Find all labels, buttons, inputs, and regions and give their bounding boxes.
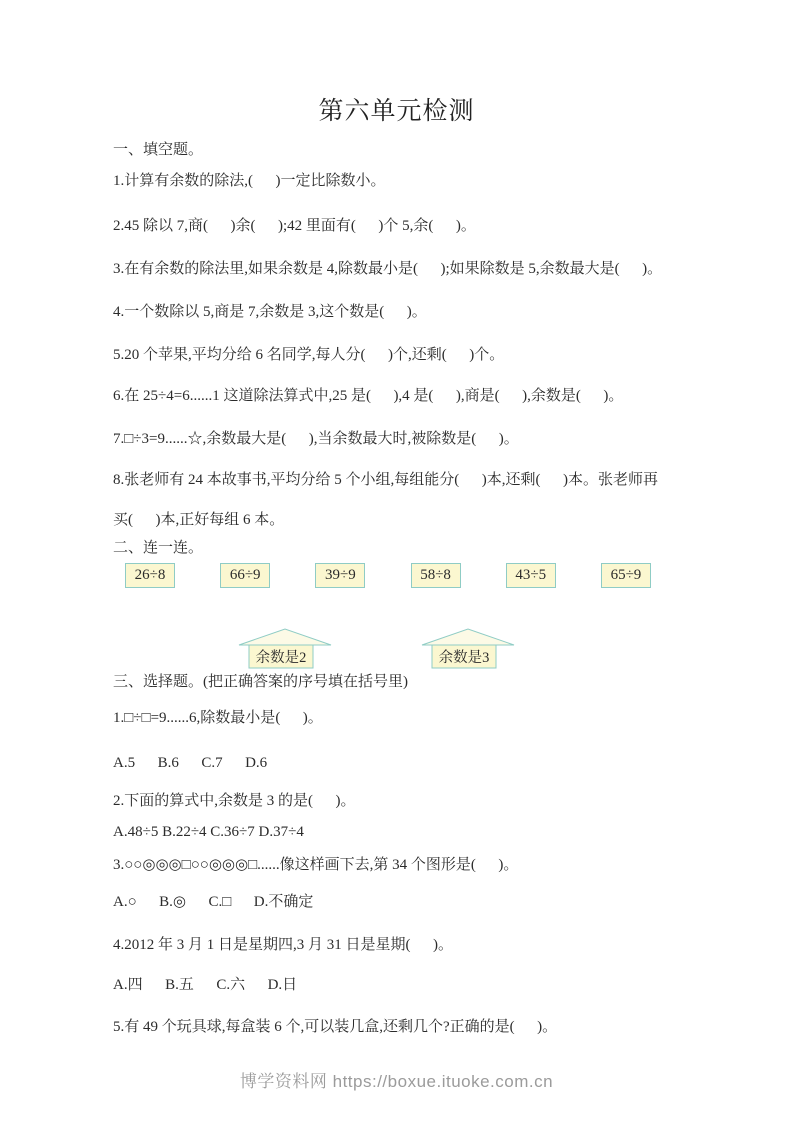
watermark-footer: 博学资料网 https://boxue.ituoke.com.cn xyxy=(0,1067,793,1092)
fill-question-7: 7.□÷3=9......☆,余数最大是( ),当余数最大时,被除数是( )。 xyxy=(113,429,753,450)
fill-question-8-line-2: 买( )本,正好每组 6 本。 xyxy=(113,510,753,531)
page-title: 第六单元检测 xyxy=(40,96,753,128)
match-box-1: 26÷8 xyxy=(125,563,175,588)
remainder-3-label: 余数是3 xyxy=(439,649,490,666)
fill-question-4: 4.一个数除以 5,商是 7,余数是 3,这个数是( )。 xyxy=(113,302,753,323)
choice-question-3: 3.○○◎◎◎□○○◎◎◎□......像这样画下去,第 34 个图形是( )。 xyxy=(113,855,753,876)
section-3-heading: 三、选择题。(把正确答案的序号填在括号里) xyxy=(113,672,753,693)
match-box-4: 58÷8 xyxy=(411,563,461,588)
match-target-zone: 余数是2 余数是3 xyxy=(113,588,753,672)
roof-shape-icon: 余数是2 xyxy=(237,626,333,672)
fill-question-3: 3.在有余数的除法里,如果余数是 4,除数最小是( );如果除数是 5,余数最大… xyxy=(113,259,753,280)
choice-question-3-options: A.○ B.◎ C.□ D.不确定 xyxy=(113,892,753,913)
fill-question-2: 2.45 除以 7,商( )余( );42 里面有( )个 5,余( )。 xyxy=(113,216,753,237)
fill-question-1: 1.计算有余数的除法,( )一定比除数小。 xyxy=(113,171,753,192)
match-box-2: 66÷9 xyxy=(220,563,270,588)
remainder-3-target: 余数是3 xyxy=(420,626,516,672)
fill-question-5: 5.20 个苹果,平均分给 6 名同学,每人分( )个,还剩( )个。 xyxy=(113,345,753,366)
worksheet-page: 第六单元检测 一、填空题。 1.计算有余数的除法,( )一定比除数小。 2.45… xyxy=(0,0,793,1122)
choice-question-5: 5.有 49 个玩具球,每盒装 6 个,可以装几盒,还剩几个?正确的是( )。 xyxy=(113,1017,753,1038)
remainder-2-label: 余数是2 xyxy=(256,649,307,666)
match-box-5: 43÷5 xyxy=(506,563,556,588)
roof-shape-icon: 余数是3 xyxy=(420,626,516,672)
choice-question-1: 1.□÷□=9......6,除数最小是( )。 xyxy=(113,708,753,729)
match-box-6: 65÷9 xyxy=(601,563,651,588)
remainder-2-target: 余数是2 xyxy=(237,626,333,672)
match-box-3: 39÷9 xyxy=(315,563,365,588)
choice-question-4: 4.2012 年 3 月 1 日是星期四,3 月 31 日是星期( )。 xyxy=(113,935,753,956)
choice-question-1-options: A.5 B.6 C.7 D.6 xyxy=(113,753,753,774)
fill-question-6: 6.在 25÷4=6......1 这道除法算式中,25 是( ),4 是( )… xyxy=(113,386,753,407)
fill-question-8-line-1: 8.张老师有 24 本故事书,平均分给 5 个小组,每组能分( )本,还剩( )… xyxy=(113,470,753,491)
choice-question-4-options: A.四 B.五 C.六 D.日 xyxy=(113,975,753,996)
choice-question-2-options: A.48÷5 B.22÷4 C.36÷7 D.37÷4 xyxy=(113,822,753,843)
choice-question-2: 2.下面的算式中,余数是 3 的是( )。 xyxy=(113,791,753,812)
section-1-heading: 一、填空题。 xyxy=(113,140,753,161)
section-2-heading: 二、连一连。 xyxy=(113,538,753,559)
match-expression-row: 26÷8 66÷9 39÷9 58÷8 43÷5 65÷9 xyxy=(125,563,651,588)
